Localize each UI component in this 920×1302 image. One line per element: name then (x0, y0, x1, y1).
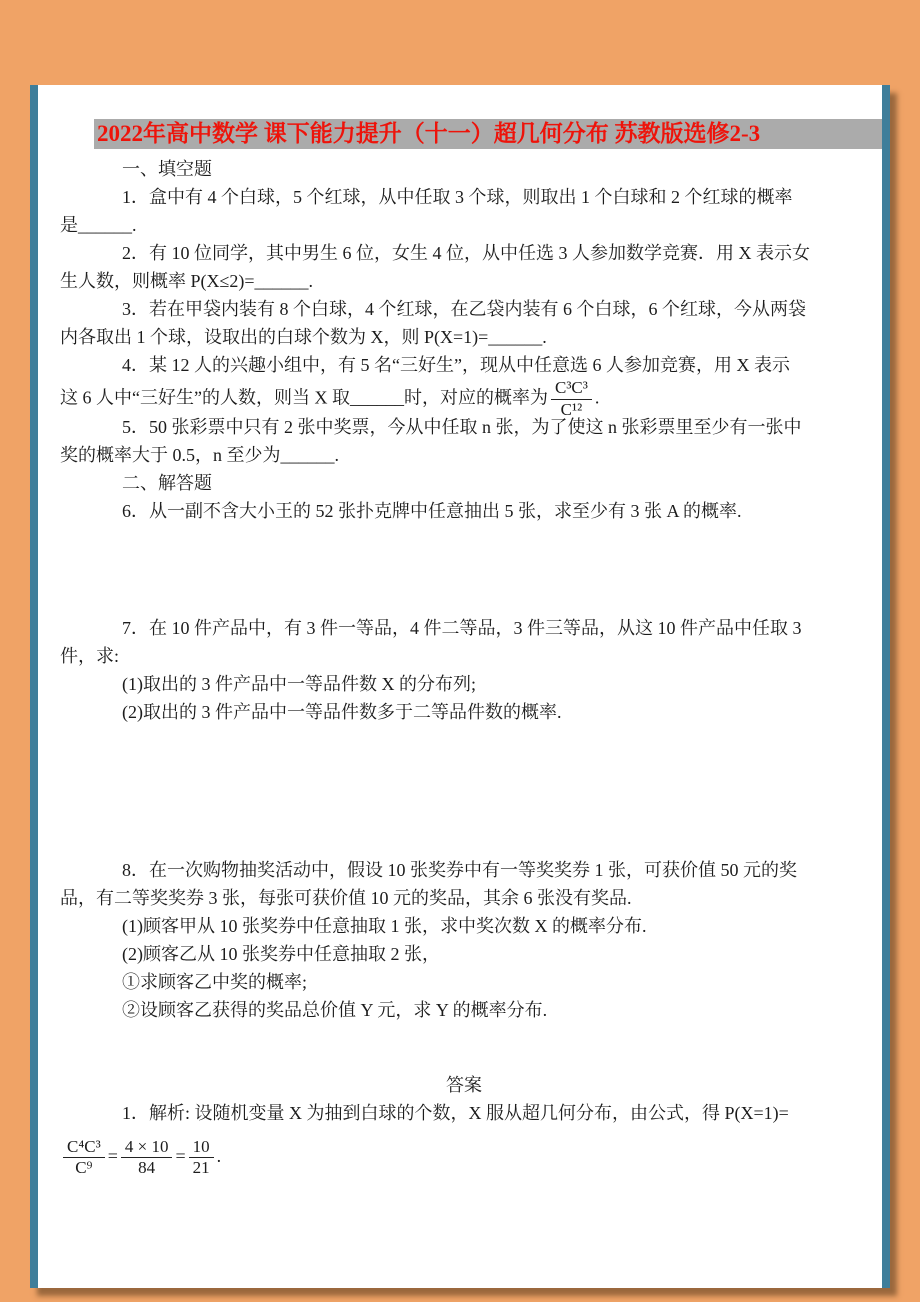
text-line: 7．在 10 件产品中，有 3 件一等品，4 件二等品，3 件三等品，从这 10… (60, 614, 868, 642)
fraction-denominator: 21 (189, 1158, 214, 1178)
text-line: 一、填空题 (60, 155, 868, 183)
text-line: ①求顾客乙中奖的概率; (60, 968, 868, 996)
fraction-numerator: 10 (189, 1138, 214, 1159)
text-line: (1)顾客甲从 10 张奖券中任意抽取 1 张，求中奖次数 X 的概率分布. (60, 912, 868, 940)
page-left-edge-bar (30, 85, 38, 1288)
vertical-spacer (60, 1024, 868, 1071)
text-line: 奖的概率大于 0.5，n 至少为______. (60, 441, 868, 469)
text-line: (1)取出的 3 件产品中一等品件数 X 的分布列; (60, 670, 868, 698)
text-line: 8．在一次购物抽奖活动中，假设 10 张奖券中有一等奖奖券 1 张，可获价值 5… (60, 856, 868, 884)
fraction-numerator: 4 × 10 (121, 1138, 173, 1159)
text-line: 生人数，则概率 P(X≤2)=______. (60, 267, 868, 295)
fraction: C⁴C³C⁹ (63, 1138, 105, 1178)
text-line: 二、解答题 (60, 469, 868, 497)
document-title: 2022年高中数学 课下能力提升（十一）超几何分布 苏教版选修2-3 (94, 119, 890, 149)
text-line: (2)顾客乙从 10 张奖券中任意抽取 2 张， (60, 940, 868, 968)
vertical-spacer (60, 525, 868, 614)
text-run: . (595, 387, 600, 407)
text-run: = (175, 1146, 185, 1166)
answers-heading: 答案 (60, 1071, 868, 1099)
text-line: 内各取出 1 个球，设取出的白球个数为 X，则 P(X=1)=______. (60, 323, 868, 351)
text-line: (2)取出的 3 件产品中一等品件数多于二等品件数的概率. (60, 698, 868, 726)
text-line: 2．有 10 位同学，其中男生 6 位，女生 4 位，从中任选 3 人参加数学竞… (60, 239, 868, 267)
fraction: 1021 (189, 1138, 214, 1178)
text-line: 是______. (60, 211, 868, 239)
fraction-denominator: C⁹ (63, 1158, 105, 1178)
text-line-with-fraction: 这 6 人中“三好生”的人数，则当 X 取______时，对应的概率为C³C³C… (60, 379, 868, 413)
text-run: 这 6 人中“三好生”的人数，则当 X 取______时，对应的概率为 (60, 387, 548, 407)
page-right-edge-bar (882, 85, 890, 1288)
fraction-denominator: 84 (121, 1158, 173, 1178)
fraction-numerator: C⁴C³ (63, 1138, 105, 1159)
text-line: 5．50 张彩票中只有 2 张中奖票，今从中任取 n 张，为了使这 n 张彩票里… (60, 413, 868, 441)
fraction-numerator: C³C³ (551, 379, 592, 400)
text-line: ②设顾客乙获得的奖品总价值 Y 元，求 Y 的概率分布. (60, 996, 868, 1024)
screenshot-canvas: { "colors": { "canvas_background": "#f0a… (0, 0, 920, 1302)
text-line: 1．盒中有 4 个白球，5 个红球，从中任取 3 个球，则取出 1 个白球和 2… (60, 183, 868, 211)
document-page: 2022年高中数学 课下能力提升（十一）超几何分布 苏教版选修2-3 一、填空题… (30, 85, 890, 1288)
text-line: 品，有二等奖奖券 3 张，每张可获价值 10 元的奖品，其余 6 张没有奖品. (60, 884, 868, 912)
text-line: 4．某 12 人的兴趣小组中，有 5 名“三好生”，现从中任意选 6 人参加竞赛… (60, 351, 868, 379)
text-line: 1．解析: 设随机变量 X 为抽到白球的个数，X 服从超几何分布，由公式，得 P… (60, 1099, 868, 1127)
text-line: 3．若在甲袋内装有 8 个白球，4 个红球，在乙袋内装有 6 个白球，6 个红球… (60, 295, 868, 323)
answer-equation-line: C⁴C³C⁹=4 × 1084=1021. (60, 1127, 868, 1185)
text-line: 件，求: (60, 642, 868, 670)
text-line: 6．从一副不含大小王的 52 张扑克牌中任意抽出 5 张，求至少有 3 张 A … (60, 497, 868, 525)
fraction: 4 × 1084 (121, 1138, 173, 1178)
vertical-spacer (60, 726, 868, 856)
text-run: . (217, 1146, 222, 1166)
text-run: = (108, 1146, 118, 1166)
text-column: 一、填空题1．盒中有 4 个白球，5 个红球，从中任取 3 个球，则取出 1 个… (60, 155, 868, 1185)
